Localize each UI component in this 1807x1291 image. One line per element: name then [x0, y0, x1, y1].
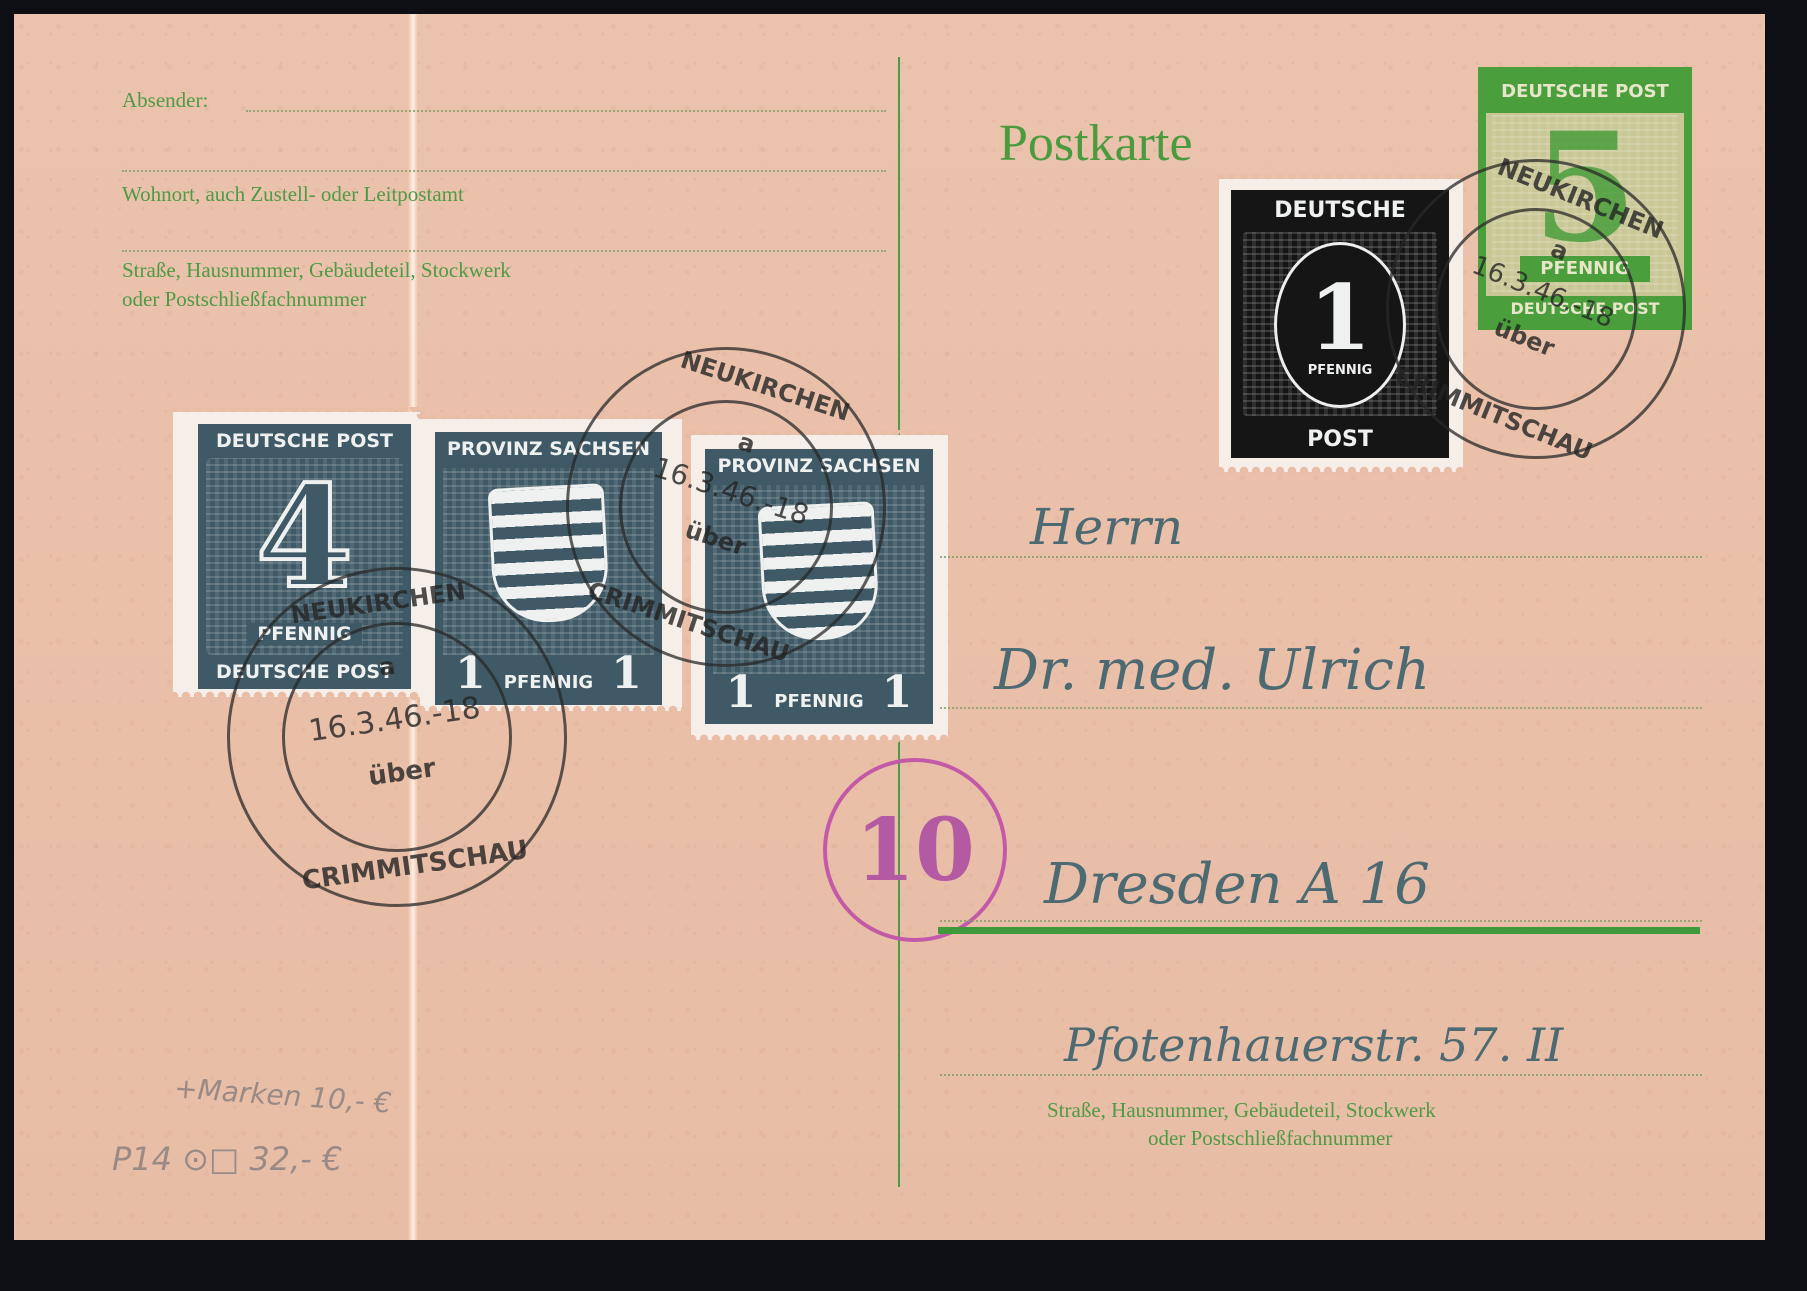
address-dotted-line-3: [940, 920, 1702, 922]
stamp-top-text: DEUTSCHE: [1274, 198, 1406, 223]
stamp-value-right: 1: [882, 667, 913, 718]
address-dotted-line-2: [940, 707, 1702, 709]
sender-town-label: Wohnort, auch Zustell- oder Leitpostamt: [122, 182, 464, 207]
sender-dotted-line-2: [122, 170, 886, 172]
sender-street-label-1: Straße, Hausnummer, Gebäudeteil, Stockwe…: [122, 258, 511, 283]
card-title: Postkarte: [999, 114, 1193, 173]
sender-dotted-line-3: [122, 250, 886, 252]
recipient-street-label-1: Straße, Hausnummer, Gebäudeteil, Stockwe…: [1047, 1098, 1436, 1123]
stamp-unit: PFENNIG: [774, 691, 863, 718]
stamp-bottom-text: POST: [1307, 427, 1373, 452]
stamp-top-text: DEUTSCHE POST: [216, 430, 393, 452]
address-underline: [938, 927, 1700, 934]
pencil-note-2: P14 ⊙□ 32,- €: [112, 1140, 342, 1178]
pencil-note-1: +Marken 10,- €: [173, 1071, 393, 1119]
sender-dotted-line-1: [246, 110, 886, 112]
address-dotted-line-4: [940, 1074, 1702, 1076]
sender-label: Absender:: [122, 88, 208, 113]
sender-street-label-2: oder Postschließfachnummer: [122, 287, 366, 312]
address-line-3: Dresden A 16: [1044, 852, 1430, 917]
censor-mark: 10: [823, 758, 1007, 942]
postcard: Absender: Wohnort, auch Zustell- oder Le…: [14, 14, 1765, 1240]
recipient-street-label-2: oder Postschließfachnummer: [1148, 1126, 1392, 1151]
address-line-1: Herrn: [1030, 498, 1183, 556]
address-line-2: Dr. med. Ulrich: [994, 638, 1430, 703]
stamp-value-right: 1: [611, 648, 642, 699]
stamp-value-left: 1: [726, 667, 757, 718]
address-dotted-line-1: [940, 556, 1702, 558]
address-line-4: Pfotenhauerstr. 57. II: [1064, 1018, 1563, 1072]
